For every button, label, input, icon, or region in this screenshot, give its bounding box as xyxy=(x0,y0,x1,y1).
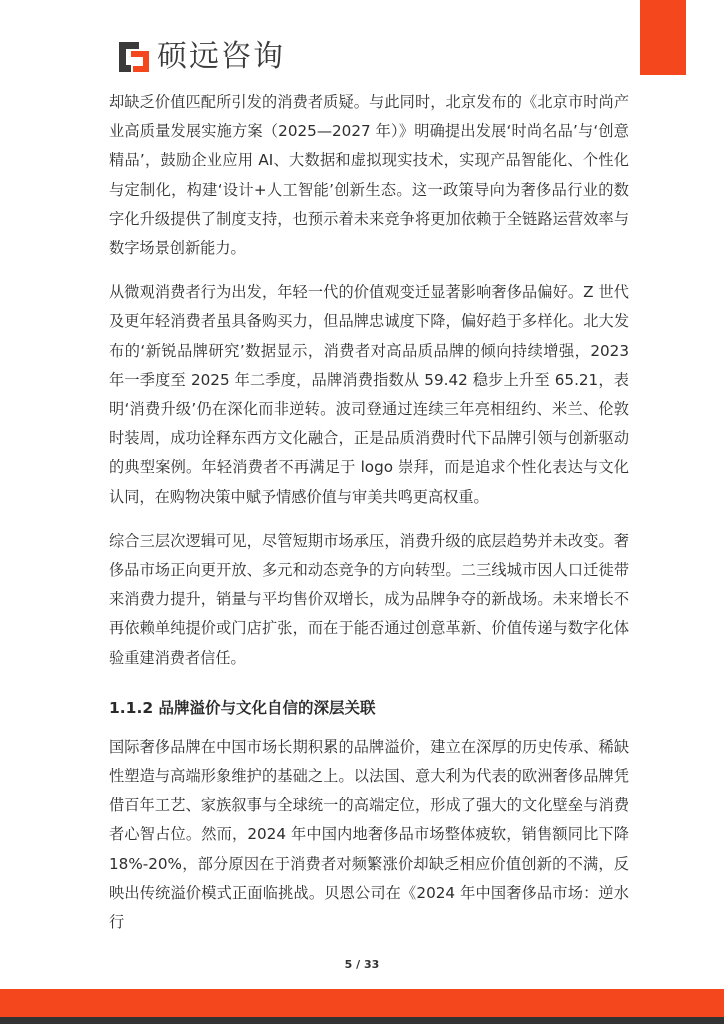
paragraph: 却缺乏价值匹配所引发的消费者质疑。与此同时，北京发布的《北京市时尚产业高质量发展… xyxy=(109,88,629,263)
brand-bracket-logo-icon xyxy=(117,40,151,74)
footer-dark-strip xyxy=(0,1017,724,1024)
top-accent-bar xyxy=(640,0,686,75)
footer-accent-band xyxy=(0,989,724,1017)
paragraph: 从微观消费者行为出发，年轻一代的价值观变迁显著影响奢侈品偏好。Z 世代及更年轻消… xyxy=(109,278,629,512)
brand-name: 硕远咨询 xyxy=(157,40,285,74)
section-heading: 1.1.2 品牌溢价与文化自信的深层关联 xyxy=(109,697,629,719)
paragraph: 国际奢侈品牌在中国市场长期积累的品牌溢价，建立在深厚的历史传承、稀缺性塑造与高端… xyxy=(109,733,629,937)
paragraph: 综合三层次逻辑可见，尽管短期市场承压，消费升级的底层趋势并未改变。奢侈品市场正向… xyxy=(109,527,629,673)
page-indicator: 5 / 33 xyxy=(0,958,724,971)
brand-logo: 硕远咨询 xyxy=(117,40,285,74)
document-body: 却缺乏价值匹配所引发的消费者质疑。与此同时，北京发布的《北京市时尚产业高质量发展… xyxy=(109,88,629,952)
